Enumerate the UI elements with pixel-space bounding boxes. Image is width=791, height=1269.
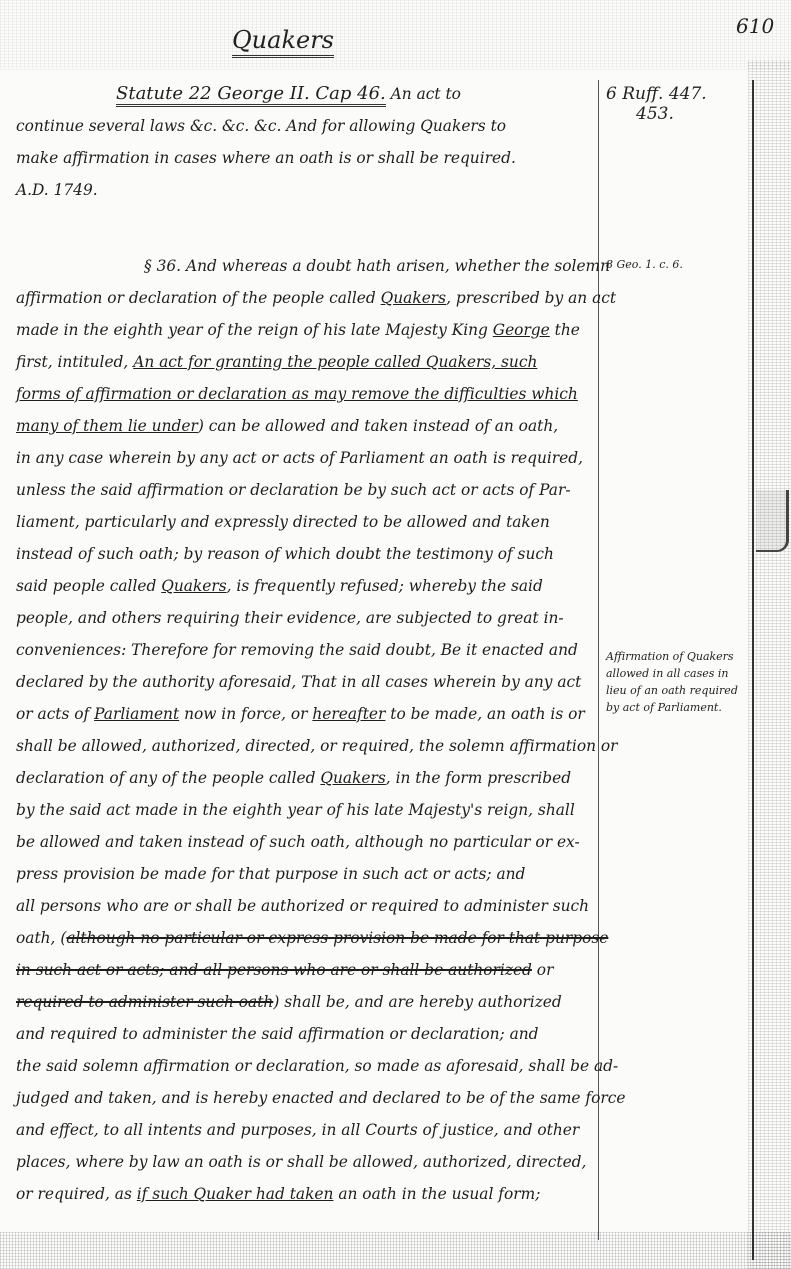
section-line: or acts of Parliament now in force, or h… [16, 698, 598, 730]
section-line: in any case wherein by any act or acts o… [16, 442, 598, 474]
section-line: in such act or acts; and all persons who… [16, 954, 598, 986]
margin-note-ruff-line2: 453. [606, 104, 707, 124]
page-heading: Quakers [232, 26, 334, 58]
margin-note-affirmation: Affirmation of Quakers allowed in all ca… [606, 648, 746, 716]
struck-text: required to administer such oath [16, 993, 273, 1011]
section-line: shall be allowed, authorized, directed, … [16, 730, 598, 762]
section-line: be allowed and taken instead of such oat… [16, 826, 598, 858]
intro-line: continue several laws &c. &c. &c. And fo… [16, 110, 598, 142]
section-line: places, where by law an oath is or shall… [16, 1146, 598, 1178]
margin-note-ruff-line1: 6 Ruff. 447. [606, 84, 707, 104]
section-line: required to administer such oath) shall … [16, 986, 598, 1018]
section-line: forms of affirmation or declaration as m… [16, 378, 598, 410]
section-line: all persons who are or shall be authoriz… [16, 890, 598, 922]
section-line: declaration of any of the people called … [16, 762, 598, 794]
page-edge-shadow [748, 60, 791, 1269]
section-line: the said solemn affirmation or declarati… [16, 1050, 598, 1082]
section-line: and effect, to all intents and purposes,… [16, 1114, 598, 1146]
section-line: by the said act made in the eighth year … [16, 794, 598, 826]
statute-title: Statute 22 George II. Cap 46. [116, 83, 386, 107]
struck-text: in such act or acts; and all persons who… [16, 961, 532, 979]
intro-line: A.D. 1749. [16, 174, 598, 206]
scan-noise-top [0, 0, 791, 70]
section-line: first, intituled, An act for granting th… [16, 346, 598, 378]
index-tab-notch [756, 490, 789, 552]
section-line: affirmation or declaration of the people… [16, 282, 598, 314]
intro-line: Statute 22 George II. Cap 46. An act to [16, 78, 598, 110]
intro-line: make affirmation in cases where an oath … [16, 142, 598, 174]
section-line: § 36. And whereas a doubt hath arisen, w… [16, 250, 598, 282]
section-line: liament, particularly and expressly dire… [16, 506, 598, 538]
manuscript-page: 610 Quakers 6 Ruff. 447. 453. 8 Geo. 1. … [0, 0, 791, 1269]
section-line: or required, as if such Quaker had taken… [16, 1178, 598, 1210]
section-line: judged and taken, and is hereby enacted … [16, 1082, 598, 1114]
section-line: press provision be made for that purpose… [16, 858, 598, 890]
section-line: said people called Quakers, is frequentl… [16, 570, 598, 602]
section-line: conveniences: Therefore for removing the… [16, 634, 598, 666]
section-line: oath, (although no particular or express… [16, 922, 598, 954]
section-line: people, and others requiring their evide… [16, 602, 598, 634]
section-line: made in the eighth year of the reign of … [16, 314, 598, 346]
section-line: and required to administer the said affi… [16, 1018, 598, 1050]
section-line: instead of such oath; by reason of which… [16, 538, 598, 570]
section-line: unless the said affirmation or declarati… [16, 474, 598, 506]
spacer [16, 206, 598, 250]
margin-note-reference: 6 Ruff. 447. 453. [606, 84, 707, 124]
page-number: 610 [736, 14, 774, 38]
page-right-border [752, 80, 754, 1260]
manuscript-body: Statute 22 George II. Cap 46. An act to … [16, 78, 598, 1210]
struck-text: although no particular or express provis… [66, 929, 608, 947]
margin-note-statute: 8 Geo. 1. c. 6. [606, 258, 683, 271]
section-line: declared by the authority aforesaid, Tha… [16, 666, 598, 698]
scan-noise-bottom [0, 1232, 791, 1269]
section-line: many of them lie under) can be allowed a… [16, 410, 598, 442]
